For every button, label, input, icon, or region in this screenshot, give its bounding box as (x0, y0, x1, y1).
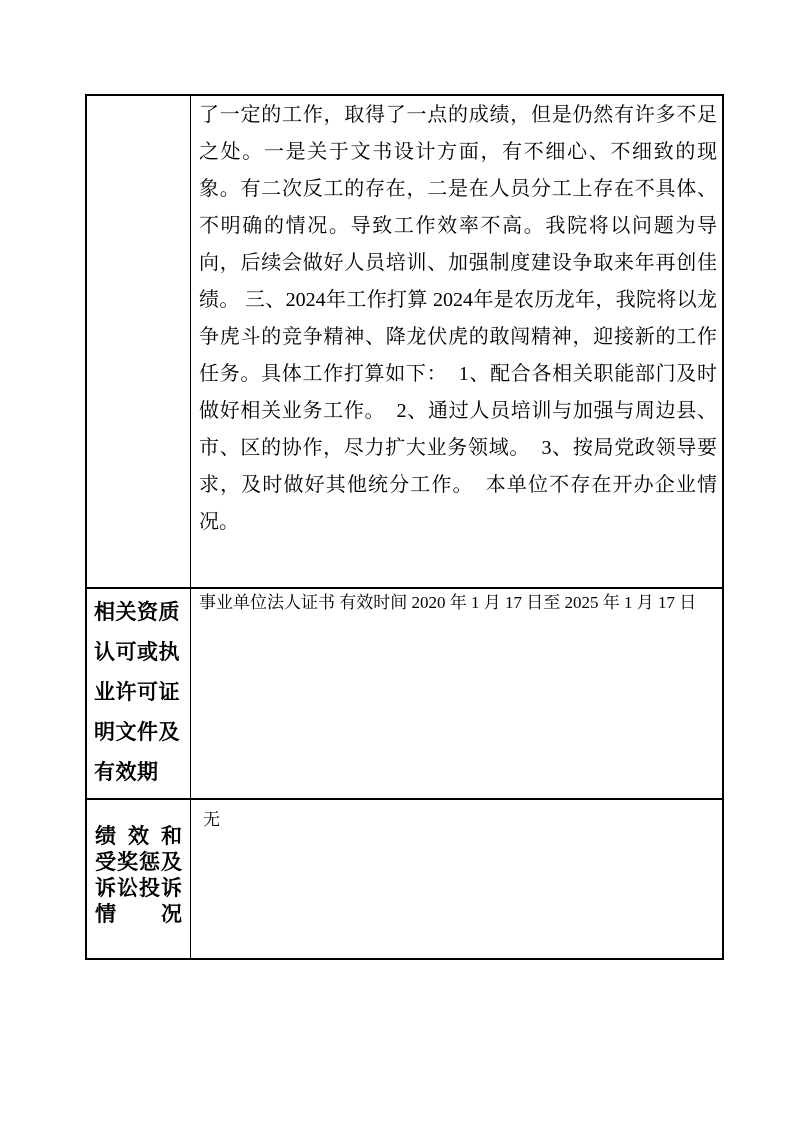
qualification-header-line: 明文件及 (94, 712, 183, 752)
document-page: 了一定的工作，取得了一点的成绩，但是仍然有许多不足之处。一是关于文书设计方面，有… (0, 0, 794, 1122)
qualification-header-cell: 相关资质 认可或执 业许可证 明文件及 有效期 (87, 589, 191, 800)
qualification-header-line: 业许可证 (94, 672, 183, 712)
annual-report-table: 了一定的工作，取得了一点的成绩，但是仍然有许多不足之处。一是关于文书设计方面，有… (85, 94, 724, 960)
table-row-work-summary: 了一定的工作，取得了一点的成绩，但是仍然有许多不足之处。一是关于文书设计方面，有… (87, 96, 724, 589)
work-summary-continued-text: 了一定的工作，取得了一点的成绩，但是仍然有许多不足之处。一是关于文书设计方面，有… (191, 96, 724, 589)
qualification-content-text: 事业单位法人证书 有效时间 2020 年 1 月 17 日至 2025 年 1 … (191, 589, 724, 800)
qualification-header-line: 有效期 (94, 752, 183, 792)
performance-header-line: 受奖惩及 (95, 849, 182, 875)
work-summary-header-cell-empty (87, 96, 191, 589)
performance-header-line: 情况 (95, 901, 182, 927)
performance-header-line: 诉讼投诉 (95, 875, 182, 901)
table-row-performance: 绩效和 受奖惩及 诉讼投诉 情况 无 (87, 800, 724, 960)
table-row-qualification: 相关资质 认可或执 业许可证 明文件及 有效期 事业单位法人证书 有效时间 20… (87, 589, 724, 800)
performance-header-cell: 绩效和 受奖惩及 诉讼投诉 情况 (87, 800, 191, 960)
qualification-header-line: 相关资质 (94, 592, 183, 632)
performance-header-line: 绩效和 (95, 823, 182, 849)
performance-content-text: 无 (191, 800, 724, 960)
qualification-header-line: 认可或执 (94, 632, 183, 672)
